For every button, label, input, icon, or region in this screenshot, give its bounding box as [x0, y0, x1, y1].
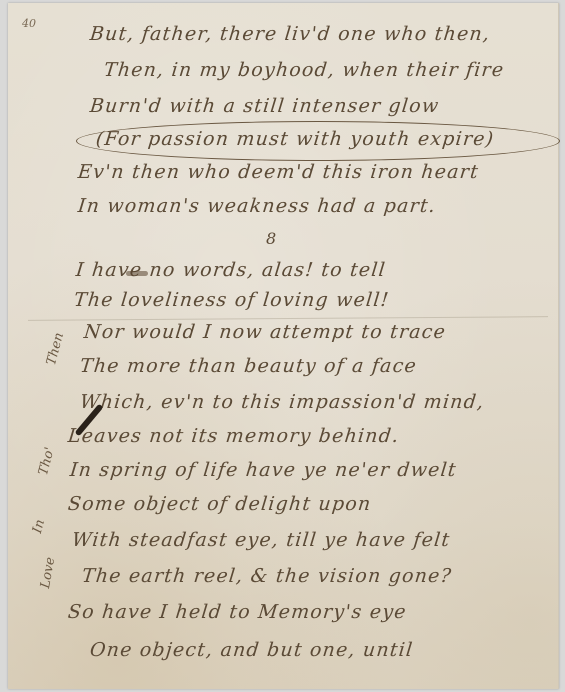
scan-background: 40 But, father, there liv'd one who then… [0, 0, 565, 692]
manuscript-line-13: In spring of life have ye ne'er dwelt [69, 459, 458, 481]
manuscript-line-5: Ev'n then who deem'd this iron heart [77, 161, 480, 183]
manuscript-line-4: (For passion must with youth expire) [95, 128, 496, 150]
margin-note: Tho' [36, 446, 58, 477]
manuscript-line-17: So have I held to Memory's eye [67, 601, 408, 623]
manuscript-line-3: Burn'd with a still intenser glow [89, 95, 441, 117]
margin-note: Then [44, 331, 67, 367]
manuscript-line-8: The loveliness of loving well! [73, 289, 391, 311]
manuscript-line-2: Then, in my boyhood, when their fire [103, 59, 506, 81]
ink-smudge [126, 271, 148, 276]
manuscript-line-18: One object, and but one, until [89, 639, 415, 661]
stanza-number: 8 [266, 229, 276, 248]
manuscript-line-6: In woman's weakness had a part. [77, 195, 437, 217]
manuscript-page: 40 But, father, there liv'd one who then… [8, 3, 559, 689]
manuscript-line-16: The earth reel, & the vision gone? [81, 565, 453, 587]
manuscript-line-15: With steadfast eye, till ye have felt [71, 529, 452, 551]
manuscript-line-7: I have no words, alas! to tell [75, 259, 387, 281]
manuscript-line-11: Which, ev'n to this impassion'd mind, [79, 391, 486, 413]
manuscript-line-9: Nor would I now attempt to trace [83, 321, 447, 343]
manuscript-line-1: But, father, there liv'd one who then, [89, 23, 492, 45]
margin-note: In [30, 518, 48, 535]
manuscript-line-10: The more than beauty of a face [79, 355, 418, 377]
manuscript-line-14: Some object of delight upon [67, 493, 373, 515]
folio-number: 40 [22, 17, 36, 30]
margin-note: Love [38, 556, 58, 590]
manuscript-line-12: Leaves not its memory behind. [67, 425, 401, 447]
